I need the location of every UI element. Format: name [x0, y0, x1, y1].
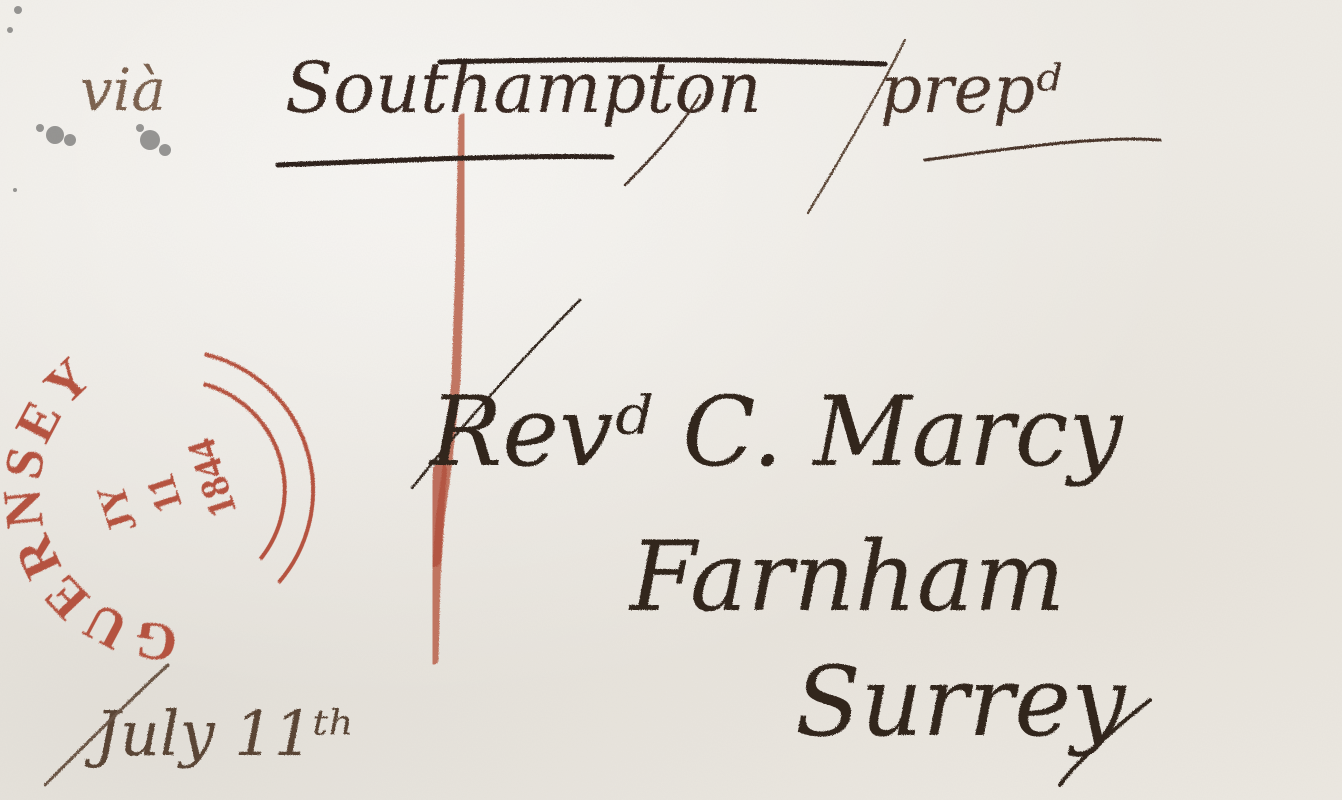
address-town: Farnham	[628, 521, 1065, 633]
address-county: Surrey	[795, 646, 1127, 758]
addressee-name: Revᵈ C. Marcy	[428, 376, 1124, 488]
postal-cover: vià Southampton prepᵈ Revᵈ C. Marcy Farn…	[0, 0, 1342, 800]
cover-artwork: vià Southampton prepᵈ Revᵈ C. Marcy Farn…	[0, 0, 1342, 800]
prepaid-text: prepᵈ	[880, 51, 1062, 128]
via-text: vià	[80, 56, 166, 124]
